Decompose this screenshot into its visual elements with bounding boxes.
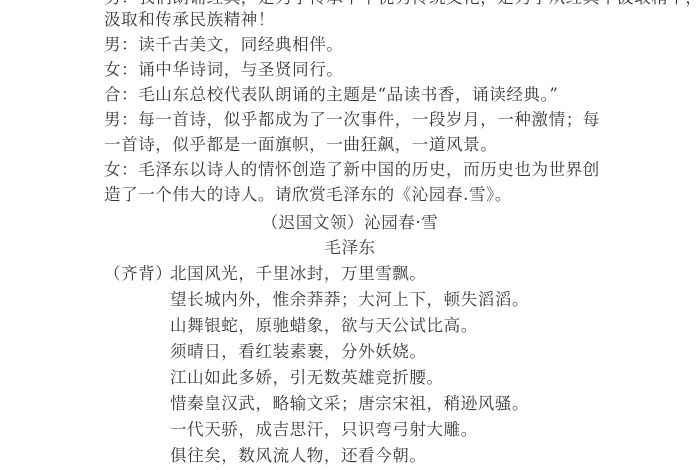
- text-line: 汲取和传承民族精神！: [104, 8, 275, 32]
- poem-line: 北国风光，千里冰封，万里雪飘。: [170, 262, 427, 286]
- poem-line: 望长城内外，惟余莽莽；大河上下，顿失滔滔。: [170, 288, 529, 312]
- poem-line: 江山如此多娇，引无数英雄竞折腰。: [170, 366, 444, 390]
- text-line: 女：毛泽东以诗人的情怀创造了新中国的历史，而历史也为世界创: [104, 158, 600, 182]
- text-line: 女：诵中华诗词，与圣贤同行。: [104, 58, 343, 82]
- poem-author: 毛泽东: [0, 236, 700, 260]
- poem-line: 一代天骄，成吉思汗，只识弯弓射大雕。: [170, 418, 478, 442]
- poem-line: 须晴日，看红装素裹，分外妖娆。: [170, 340, 427, 364]
- document-page: 男：我们朗诵经典，是为了传承中华优秀传统文化，是为了从经典中汲取精华， 汲取和传…: [0, 0, 700, 470]
- poem-line: 俱往矣，数风流人物，还看今朝。: [170, 444, 427, 468]
- text-line: 合：毛山东总校代表队朗诵的主题是“品读书香，诵读经典。”: [104, 83, 558, 107]
- text-line: 一首诗，似乎都是一面旗帜，一曲狂飙，一道风景。: [104, 133, 497, 157]
- text-line: 男：每一首诗，似乎都成为了一次事件，一段岁月，一种激情；每: [104, 108, 600, 132]
- poem-title: （迟国文领）沁园春·雪: [0, 211, 700, 235]
- poem-line: 山舞银蛇，原驰蜡象，欲与天公试比高。: [170, 314, 478, 338]
- poem-line: 惜秦皇汉武，略输文采；唐宗宋祖，稍逊风骚。: [170, 392, 529, 416]
- text-line: 造了一个伟大的诗人。请欣赏毛泽东的《沁园春.雪》。: [104, 183, 512, 207]
- poem-recite-prefix: （齐背）: [104, 262, 172, 286]
- text-line: 男：读千古美文，同经典相伴。: [104, 33, 343, 57]
